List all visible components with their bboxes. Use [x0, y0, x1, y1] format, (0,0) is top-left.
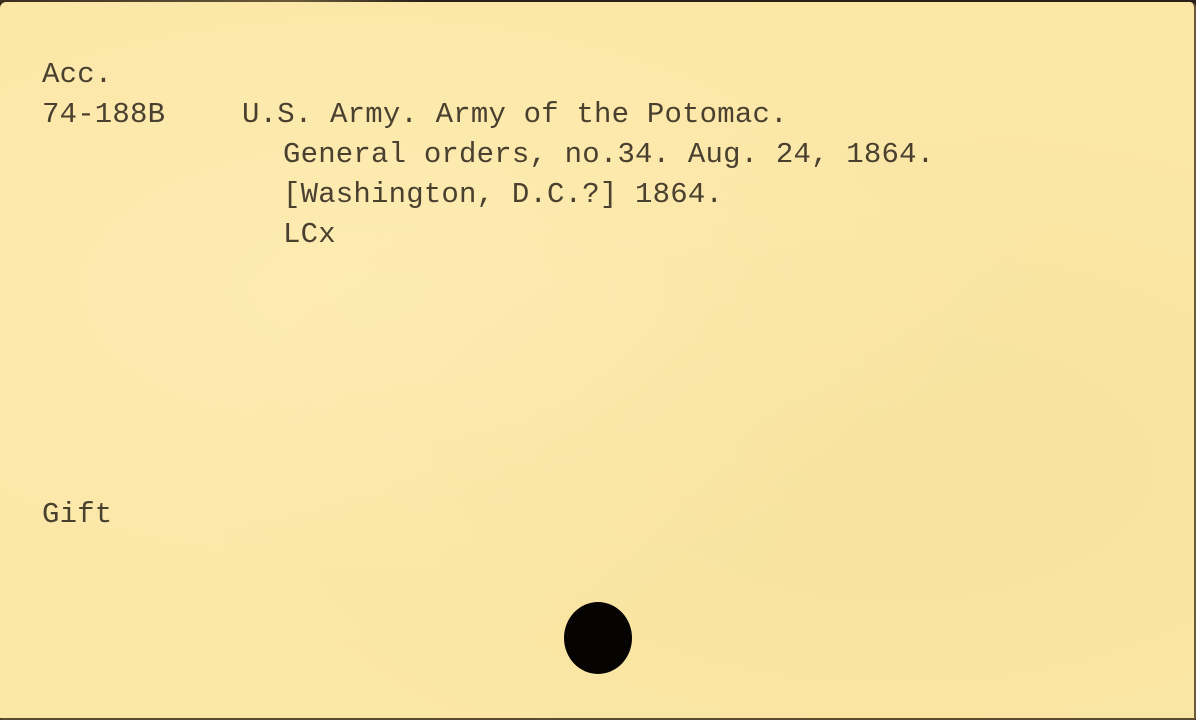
main-heading: U.S. Army. Army of the Potomac. [242, 98, 788, 131]
catalog-card: Acc. 74-188B U.S. Army. Army of the Poto… [0, 2, 1196, 720]
title-line: General orders, no.34. Aug. 24, 1864. [283, 138, 934, 171]
location-code: LCx [283, 218, 336, 251]
accession-number: 74-188B [42, 98, 165, 131]
imprint-line: [Washington, D.C.?] 1864. [283, 178, 723, 211]
acc-label: Acc. [42, 58, 112, 91]
punch-hole [564, 602, 632, 674]
source-note: Gift [42, 498, 112, 531]
